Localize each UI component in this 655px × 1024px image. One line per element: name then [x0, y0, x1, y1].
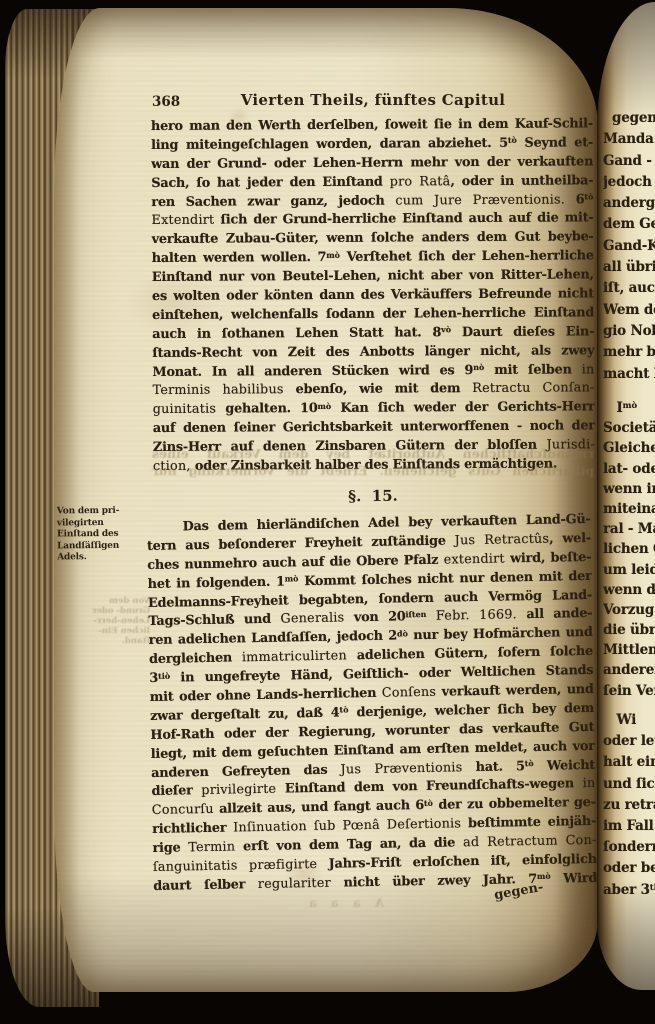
text-line: Mittlen: [603, 642, 655, 662]
sliver-text-block-middle: ImòSocietätGleichelat- oderwenn inmitein…: [603, 400, 655, 703]
text-line: und ſich ſ: [603, 776, 655, 797]
text-line: wenn de: [603, 582, 655, 602]
text-line: Wem de: [603, 302, 655, 323]
text-line: aber 3tiò: [603, 882, 655, 903]
text-line: wenn in: [603, 481, 655, 501]
margin-note-showthrough: Von demGrund- oderLehen-herr-lichen Ein-…: [68, 596, 150, 646]
margin-note-line: Einſtand des: [57, 529, 149, 541]
margin-note-line: Landſäſſigen: [57, 540, 149, 552]
text-line: Gand-K: [603, 238, 655, 259]
text-line: Imò: [603, 400, 655, 420]
left-page: 368 Vierten Theils, fünftes Capitul hero…: [54, 8, 598, 992]
text-line: dem Ge: [603, 216, 655, 237]
text-line: Societät: [603, 420, 655, 440]
text-line: Wi: [603, 712, 655, 733]
text-line: lichen G: [603, 541, 655, 561]
page-showthrough-center: rmundſchaftlichen Authoritæt bey dem Ver…: [152, 446, 594, 480]
text-line: ral - Man: [603, 521, 655, 541]
section-heading: §. 15.: [152, 484, 594, 508]
text-line: iſt, auch: [603, 280, 655, 301]
showthrough-line: lichen Ein-: [68, 626, 150, 636]
right-page-sliver: gegenwMandaGand -jedoch Bandergeſdem GeG…: [597, 2, 655, 990]
running-header: Vierten Theils, fünftes Capitul: [152, 91, 594, 109]
paragraph-retract-rules: hero man den Werth derſelben, ſoweit ſie…: [151, 116, 595, 478]
text-line: miteinan: [603, 501, 655, 521]
text-line: oder letzt: [603, 733, 655, 754]
paragraph-section-15: Das dem hierländiſchen Adel bey verkauft…: [147, 512, 598, 898]
text-line: oder beſo: [603, 860, 655, 881]
text-line: Vorzug: [603, 602, 655, 622]
margin-note-line: Adels.: [57, 552, 149, 564]
text-line: ſein Ver: [603, 683, 655, 703]
text-line: andergeſ: [603, 195, 655, 216]
text-line: mehr be: [603, 344, 655, 365]
text-line: zu retrah: [603, 797, 655, 818]
open-book-photo: 368 Vierten Theils, fünftes Capitul hero…: [0, 0, 655, 1024]
text-line: all übrig: [603, 259, 655, 280]
sliver-text-block-bottom: Wioder letzthalt eineund ſich ſzu retrah…: [603, 712, 655, 903]
text-line: gio Nob: [603, 323, 655, 344]
text-line: um leide: [603, 562, 655, 582]
showthrough-line: Grund- oder: [68, 606, 150, 616]
text-line: anderen: [603, 662, 655, 682]
text-line: halt eine: [603, 754, 655, 775]
margin-note-line: Von dem pri-: [57, 506, 149, 518]
text-line: lat- oder: [603, 461, 655, 481]
showthrough-line: rmundſchaftlichen Authoritæt bey dem Ver…: [152, 446, 594, 463]
text-line: Gleiche: [603, 440, 655, 460]
signature-showthrough: A a a a: [304, 896, 384, 910]
text-line: die übrig: [603, 622, 655, 642]
text-line: macht h: [603, 366, 655, 387]
showthrough-line: Von dem: [68, 596, 150, 606]
text-line: im Fall: [603, 818, 655, 839]
showthrough-line: pillariſchen Guts geſchehen. Erhebt die …: [152, 463, 594, 480]
text-line: jedoch B: [603, 174, 655, 195]
text-line: gegenw: [603, 110, 655, 131]
showthrough-line: Lehen-herr-: [68, 616, 150, 626]
margin-note-line: vilegirten: [57, 517, 149, 529]
sliver-text-block-top: gegenwMandaGand -jedoch Bandergeſdem GeG…: [603, 110, 655, 387]
text-line: ſondern: [603, 839, 655, 860]
margin-note: Von dem pri-vilegirtenEinſtand desLandſä…: [57, 506, 149, 564]
showthrough-line: ſtand.: [68, 636, 150, 646]
text-line: Manda: [603, 131, 655, 152]
text-line: Gand -: [603, 153, 655, 174]
